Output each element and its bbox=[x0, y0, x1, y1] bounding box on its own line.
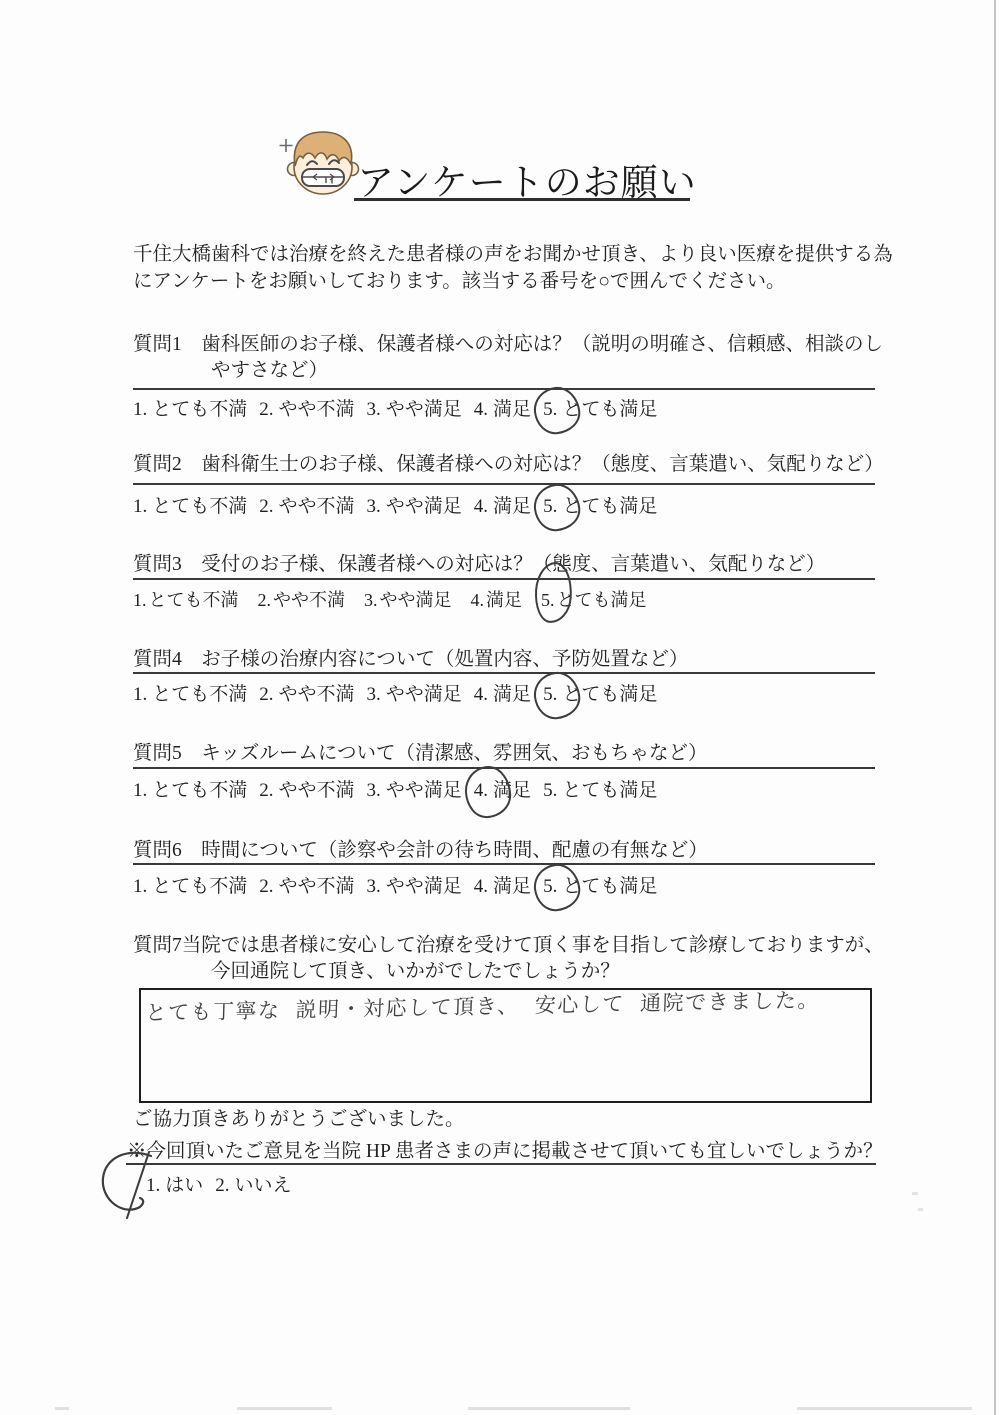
option-number: 3. bbox=[367, 399, 381, 421]
option-label: とても不満 bbox=[149, 590, 239, 610]
option-label: やや満足 bbox=[386, 496, 462, 517]
question-3-label: 質問3 受付のお子様、保護者様への対応は？（態度、言葉遣い、気配りなど） bbox=[133, 552, 993, 578]
option-label: とても不満 bbox=[152, 496, 247, 517]
option-label: やや満足 bbox=[380, 590, 452, 610]
option: 2.やや不満 bbox=[258, 590, 346, 610]
option-label: 満足 bbox=[493, 876, 531, 897]
survey-sheet: アンケートのお願い 千住大橋歯科では治療を終えた患者様の声をお聞かせ頂き、より良… bbox=[0, 0, 1000, 1415]
question-5-options: 1.とても不満2.やや不満3.やや満足4.満足5.とても満足 bbox=[133, 775, 669, 802]
option: 3.やや満足 bbox=[367, 399, 462, 420]
option-number: 2. bbox=[259, 684, 273, 706]
question-1-label: 質問1 歯科医師のお子様、保護者様への対応は？（説明の明確さ、信頼感、相談のし … bbox=[133, 332, 993, 384]
option-label: とても満足 bbox=[562, 496, 657, 517]
option-number: 4. bbox=[474, 684, 488, 706]
question-4-options: 1.とても不満2.やや不満3.やや満足4.満足5.とても満足 bbox=[133, 679, 669, 706]
option-number: 1. bbox=[133, 876, 147, 898]
divider-line bbox=[133, 672, 875, 674]
mascot-smiling-boy-icon bbox=[276, 124, 364, 198]
option: 5.とても満足 bbox=[543, 496, 657, 517]
option-number: 1. bbox=[133, 684, 147, 706]
question-1-options: 1.とても不満2.やや不満3.やや満足4.満足5.とても満足 bbox=[133, 394, 669, 421]
scan-mark bbox=[918, 1208, 923, 1211]
option-label: やや満足 bbox=[386, 684, 462, 705]
question-5-label: 質問5 キッズルームについて（清潔感、雰囲気、おもちゃなど） bbox=[133, 741, 993, 767]
option-number: 1. bbox=[133, 496, 147, 518]
option: 5.とても満足 bbox=[543, 684, 657, 705]
question-3-options: 1.とても不満2.やや不満3.やや満足4.満足5.とても満足 bbox=[133, 586, 666, 612]
option-number: 4. bbox=[474, 399, 488, 421]
handwritten-answer: とても丁寧な 説明・対応して頂き、 安心して 通院できました。 bbox=[145, 983, 861, 1027]
option: 1.とても不満 bbox=[133, 399, 247, 420]
option-number: 3. bbox=[367, 496, 381, 518]
option-number: 2. bbox=[258, 590, 272, 611]
divider-line bbox=[133, 578, 875, 580]
option-label: とても不満 bbox=[152, 876, 247, 897]
option: 1.とても不満 bbox=[133, 496, 247, 517]
option-label: やや満足 bbox=[386, 876, 462, 897]
option-label: やや満足 bbox=[386, 399, 462, 420]
question-4-label: 質問4 お子様の治療内容について（処置内容、予防処置など） bbox=[133, 647, 993, 673]
option-number: 4. bbox=[471, 590, 485, 611]
option: 1.とても不満 bbox=[133, 876, 247, 897]
option: 5.とても満足 bbox=[543, 399, 657, 420]
scan-mark bbox=[468, 1407, 630, 1410]
option-number: 4. bbox=[474, 876, 488, 898]
option-number: 2. bbox=[259, 876, 273, 898]
option-label: やや不満 bbox=[279, 399, 355, 420]
option: 2.いいえ bbox=[215, 1175, 291, 1196]
option-number: 2. bbox=[259, 780, 273, 802]
option-label: いいえ bbox=[235, 1175, 292, 1196]
option: 4.満足 bbox=[471, 590, 523, 610]
option: 2.やや不満 bbox=[259, 876, 354, 897]
option: 3.やや満足 bbox=[367, 496, 462, 517]
option: 4.満足 bbox=[474, 496, 531, 517]
option-label: とても満足 bbox=[557, 590, 647, 610]
option: 3.やや満足 bbox=[364, 590, 452, 610]
option-number: 1. bbox=[133, 780, 147, 802]
sparkle-icon bbox=[280, 139, 293, 152]
divider-line bbox=[133, 483, 875, 485]
question-7-label: 質問7当院では患者様に安心して治療を受けて頂く事を目指して診療しておりますが、 … bbox=[133, 933, 993, 985]
option-number-circled: 4. bbox=[474, 780, 488, 802]
option-label: 満足 bbox=[493, 684, 531, 705]
option: 3.やや満足 bbox=[367, 684, 462, 705]
option-label: 満足 bbox=[493, 399, 531, 420]
option: 1.とても不満 bbox=[133, 780, 247, 801]
option-label: とても満足 bbox=[562, 876, 657, 897]
option-number: 3. bbox=[364, 590, 378, 611]
option: 1.とても不満 bbox=[133, 684, 247, 705]
scan-mark bbox=[237, 1407, 332, 1410]
question-6-options: 1.とても不満2.やや不満3.やや満足4.満足5.とても満足 bbox=[133, 871, 669, 898]
question-2-label: 質問2 歯科衛生士のお子様、保護者様への対応は？（態度、言葉遣い、気配りなど） bbox=[133, 452, 993, 478]
option-label: やや不満 bbox=[279, 684, 355, 705]
option: 2.やや不満 bbox=[259, 496, 354, 517]
option-number-circled: 5. bbox=[543, 684, 557, 706]
option: 2.やや不満 bbox=[259, 399, 354, 420]
option-label: やや不満 bbox=[279, 780, 355, 801]
option-number-circled: 5. bbox=[543, 876, 557, 898]
option-number: 1. bbox=[133, 399, 147, 421]
option: 3.やや満足 bbox=[367, 780, 462, 801]
option: 4.満足 bbox=[474, 876, 531, 897]
option-label: やや満足 bbox=[386, 780, 462, 801]
option: 5.とても満足 bbox=[543, 780, 657, 801]
option: 5.とても満足 bbox=[541, 590, 647, 610]
option: 4.満足 bbox=[474, 780, 531, 801]
option-number: 2. bbox=[259, 399, 273, 421]
divider-line bbox=[133, 388, 875, 390]
option-number: 5. bbox=[543, 780, 557, 802]
title-underline bbox=[354, 198, 690, 201]
option-label: やや不満 bbox=[279, 876, 355, 897]
option-label: とても不満 bbox=[152, 399, 247, 420]
option-label: とても不満 bbox=[152, 780, 247, 801]
option: 4.満足 bbox=[474, 684, 531, 705]
option-label: 満足 bbox=[493, 496, 531, 517]
thanks-text: ご協力頂きありがとうございました。 bbox=[133, 1103, 465, 1131]
question-6-label: 質問6 時間について（診察や会計の待ち時間、配慮の有無など） bbox=[133, 838, 993, 864]
option-number: 3. bbox=[367, 684, 381, 706]
option-number-circled: 5. bbox=[543, 496, 557, 518]
comment-box: とても丁寧な 説明・対応して頂き、 安心して 通院できました。 bbox=[139, 988, 872, 1103]
option-label: 満足 bbox=[486, 590, 522, 610]
option-label: やや不満 bbox=[273, 590, 345, 610]
scan-mark bbox=[912, 1192, 918, 1195]
option-number: 3. bbox=[367, 780, 381, 802]
handwritten-circle bbox=[97, 1148, 163, 1222]
option: 5.とても満足 bbox=[543, 876, 657, 897]
option-label: とても満足 bbox=[562, 399, 657, 420]
option-number: 3. bbox=[367, 876, 381, 898]
divider-line bbox=[126, 1163, 876, 1165]
option-label: とても不満 bbox=[152, 684, 247, 705]
option-number: 1. bbox=[133, 590, 147, 611]
scan-mark bbox=[55, 1407, 69, 1410]
option-number-circled: 5. bbox=[541, 590, 555, 611]
option-label: 満足 bbox=[493, 780, 531, 801]
consent-options: 1.はい2.いいえ bbox=[146, 1170, 304, 1197]
intro-text: 千住大橋歯科では治療を終えた患者様の声をお聞かせ頂き、より良い医療を提供する為 … bbox=[133, 241, 993, 295]
option: 4.満足 bbox=[474, 399, 531, 420]
consent-question: ※今回頂いたご意見を当院 HP 患者さまの声に掲載させて頂いても宜しいでしょうか… bbox=[127, 1135, 882, 1163]
divider-line bbox=[133, 767, 875, 769]
option-number: 2. bbox=[259, 496, 273, 518]
option-number-circled: 5. bbox=[543, 399, 557, 421]
divider-line bbox=[133, 863, 875, 865]
option: 1.とても不満 bbox=[133, 590, 239, 610]
scan-mark bbox=[797, 1407, 972, 1410]
option: 2.やや不満 bbox=[259, 780, 354, 801]
option-label: はい bbox=[165, 1175, 203, 1196]
scan-edge-line bbox=[994, 0, 996, 1415]
question-2-options: 1.とても不満2.やや不満3.やや満足4.満足5.とても満足 bbox=[133, 491, 669, 518]
option-label: やや不満 bbox=[279, 496, 355, 517]
option-label: とても満足 bbox=[562, 684, 657, 705]
option-number: 4. bbox=[474, 496, 488, 518]
option: 3.やや満足 bbox=[367, 876, 462, 897]
option: 2.やや不満 bbox=[259, 684, 354, 705]
option-number: 2. bbox=[215, 1175, 229, 1197]
option-label: とても満足 bbox=[562, 780, 657, 801]
